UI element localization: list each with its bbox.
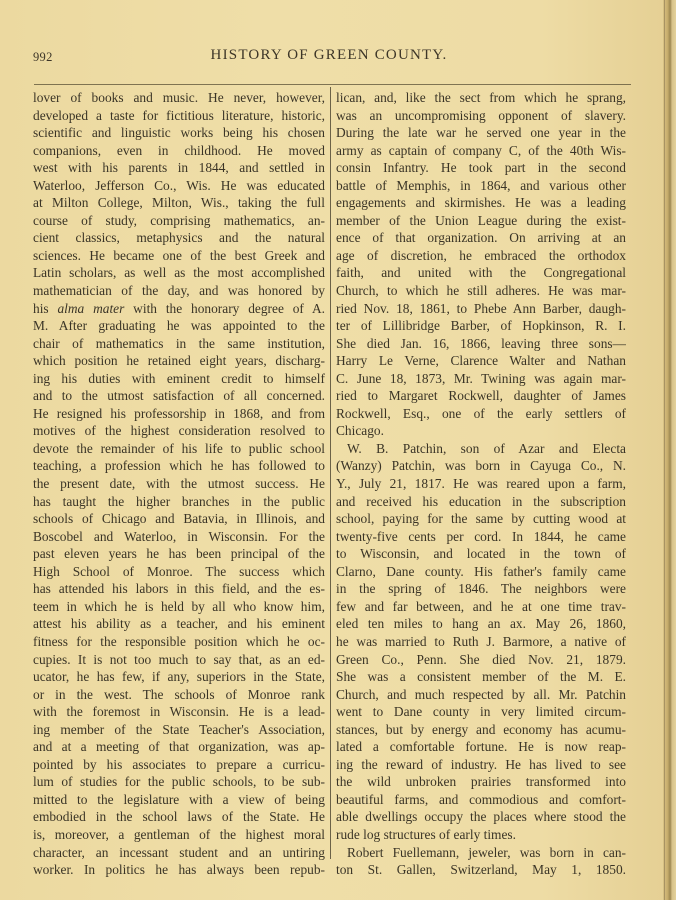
text-line-italic-phrase: his alma mater with the honorary degree …: [33, 300, 325, 318]
text-line: was an uncompromising opponent of slaver…: [336, 107, 626, 125]
text-line: with the foremost in Wisconsin. He is a …: [33, 703, 325, 721]
text-line: went to Dane county in very limited circ…: [336, 703, 626, 721]
text-line: the present date, with the utmost succes…: [33, 475, 325, 493]
text-line: lum of studies for the public schools, t…: [33, 773, 325, 791]
text-line: mathematician of the day, and was honore…: [33, 282, 325, 300]
text-line: Waterloo, Jefferson Co., Wis. He was edu…: [33, 177, 325, 195]
text-line-paragraph-end: Chicago.: [336, 422, 626, 440]
text-line: army as captain of company C, of the 40t…: [336, 142, 626, 160]
text-line: past eleven years he has been principal …: [33, 545, 325, 563]
text-line: Church, to which he still adheres. He wa…: [336, 282, 626, 300]
text-line: scientific and linguistic works being hi…: [33, 124, 325, 142]
text-line: ter of Lillibridge Barber, of Hopkinson,…: [336, 317, 626, 335]
text-line: Rockwell, Esq., one of the early settler…: [336, 405, 626, 423]
text-line: developed a taste for fictitious literat…: [33, 107, 325, 125]
text-line: ucator, he has few, if any, superiors in…: [33, 668, 325, 686]
text-line: worker. In politics he has always been r…: [33, 861, 325, 879]
column-divider: [330, 87, 331, 859]
text-line: pointed by his associates to prepare a c…: [33, 756, 325, 774]
text-line: stances, but by energy and economy has a…: [336, 721, 626, 739]
text-line: west with his parents in 1844, and settl…: [33, 159, 325, 177]
text-line: engagements and skirmishes. He was a lea…: [336, 194, 626, 212]
text-line: She was a consistent member of the M. E.: [336, 668, 626, 686]
text-line: lated a comfortable fortune. He is now r…: [336, 738, 626, 756]
book-page: 992 HISTORY OF GREEN COUNTY. lover of bo…: [0, 0, 676, 900]
text-line: fitness for the responsible position whi…: [33, 633, 325, 651]
text-line: he was married to Ruth J. Barmore, a nat…: [336, 633, 626, 651]
running-title: HISTORY OF GREEN COUNTY.: [33, 47, 625, 64]
header-rule: [34, 84, 631, 85]
text-line: Green Co., Penn. She died Nov. 21, 1879.: [336, 651, 626, 669]
text-line: beautiful farms, and commodious and comf…: [336, 791, 626, 809]
text-line: consin Infantry. He took part in the sec…: [336, 159, 626, 177]
text-line: devote the remainder of his life to publ…: [33, 440, 325, 458]
text-line: (Wanzy) Patchin, was born in Cayuga Co.,…: [336, 457, 626, 475]
text-line: to Wisconsin, and located in the town of: [336, 545, 626, 563]
text-line: teem in which he is held by all who know…: [33, 598, 325, 616]
text-line: and at a meeting of that organization, w…: [33, 738, 325, 756]
text-line: school, paying for the same by cutting w…: [336, 510, 626, 528]
text-line: ing the reward of industry. He has lived…: [336, 756, 626, 774]
text-line-paragraph-end: rude log structures of early times.: [336, 826, 626, 844]
text-line: lover of books and music. He never, howe…: [33, 89, 325, 107]
text-line: or in the west. The schools of Monroe ra…: [33, 686, 325, 704]
text-line: able dwellings occupy the places where s…: [336, 808, 626, 826]
text-line: teaching, a profession which he has foll…: [33, 457, 325, 475]
text-line: ried Nov. 18, 1861, to Phebe Ann Barber,…: [336, 300, 626, 318]
text-line: is, moreover, a gentleman of the highest…: [33, 826, 325, 844]
text-line: ence of that organization. On arriving a…: [336, 229, 626, 247]
text-line: High School of Monroe. The success which: [33, 563, 325, 581]
text-line: Church, and much respected by all. Mr. P…: [336, 686, 626, 704]
text-line-paragraph-start: Robert Fuellemann, jeweler, was born in …: [336, 844, 626, 862]
right-column: lican, and, like the sect from which he …: [336, 89, 626, 879]
text-after-italic: with the honorary degree of A.: [124, 301, 325, 316]
italic-phrase-alma-mater: alma mater: [57, 301, 124, 316]
text-line: twenty-five cents per cord. In 1844, he …: [336, 528, 626, 546]
text-line: eled ten miles to hang an ax. May 26, 18…: [336, 615, 626, 633]
text-line: He resigned his professorship in 1868, a…: [33, 405, 325, 423]
text-line: age of discretion, he embraced the ortho…: [336, 247, 626, 265]
text-line: M. After graduating he was appointed to …: [33, 317, 325, 335]
text-line: at Milton College, Milton, Wis., taking …: [33, 194, 325, 212]
text-line: faith, and united with the Congregationa…: [336, 264, 626, 282]
text-line-paragraph-start: W. B. Patchin, son of Azar and Electa: [336, 440, 626, 458]
text-line: schools of Chicago and Batavia, in Illin…: [33, 510, 325, 528]
text-line: Latin scholars, as well as the most acco…: [33, 264, 325, 282]
text-line: mitted to the legislature with a view of…: [33, 791, 325, 809]
text-line: motives of the highest consideration res…: [33, 422, 325, 440]
text-line: sciences. He became one of the best Gree…: [33, 247, 325, 265]
text-line: Boscobel and Waterloo, in Wisconsin. For…: [33, 528, 325, 546]
text-line: attest his ability as a teacher, and his…: [33, 615, 325, 633]
text-line: and to the utmost satisfaction of all co…: [33, 387, 325, 405]
text-line: embodied in the school laws of the State…: [33, 808, 325, 826]
text-line: has attended his labors in this field, a…: [33, 580, 325, 598]
text-line: Clarno, Dane county. His father's family…: [336, 563, 626, 581]
text-line: lican, and, like the sect from which he …: [336, 89, 626, 107]
text-line: cupies. It is not too much to say that, …: [33, 651, 325, 669]
text-line: ing his duties with eminent credit to hi…: [33, 370, 325, 388]
text-line: battle of Memphis, in 1864, and various …: [336, 177, 626, 195]
text-line: and received his education in the subscr…: [336, 493, 626, 511]
text-line: companions, even in childhood. He moved: [33, 142, 325, 160]
text-line: cient classics, metaphysics and the natu…: [33, 229, 325, 247]
text-line: in the spring of 1846. The neighbors wer…: [336, 580, 626, 598]
text-line: Y., July 21, 1817. He was reared upon a …: [336, 475, 626, 493]
text-line: the wild unbroken prairies transformed i…: [336, 773, 626, 791]
page-header: 992 HISTORY OF GREEN COUNTY.: [33, 47, 625, 69]
text-line: Harry Le Verne, Clarence Walter and Nath…: [336, 352, 626, 370]
text-line: which position he retained eight years, …: [33, 352, 325, 370]
text-line: has taught the higher branches in the pu…: [33, 493, 325, 511]
text-line: course of study, comprising mathematics,…: [33, 212, 325, 230]
left-column: lover of books and music. He never, howe…: [33, 89, 325, 879]
text-before-italic: his: [33, 301, 57, 316]
text-line: She died Jan. 16, 1866, leaving three so…: [336, 335, 626, 353]
text-line: member of the Union League during the ex…: [336, 212, 626, 230]
text-line: C. June 18, 1873, Mr. Twining was again …: [336, 370, 626, 388]
text-line: ing member of the State Teacher's Associ…: [33, 721, 325, 739]
text-line: ton St. Gallen, Switzerland, May 1, 1850…: [336, 861, 626, 879]
binding-line: [664, 0, 665, 900]
text-line: ried to Margaret Rockwell, daughter of J…: [336, 387, 626, 405]
text-line: chair of mathematics in the same institu…: [33, 335, 325, 353]
text-line: During the late war he served one year i…: [336, 124, 626, 142]
text-line: character, an incessant student and an u…: [33, 844, 325, 862]
text-line: few and far between, and he at one time …: [336, 598, 626, 616]
